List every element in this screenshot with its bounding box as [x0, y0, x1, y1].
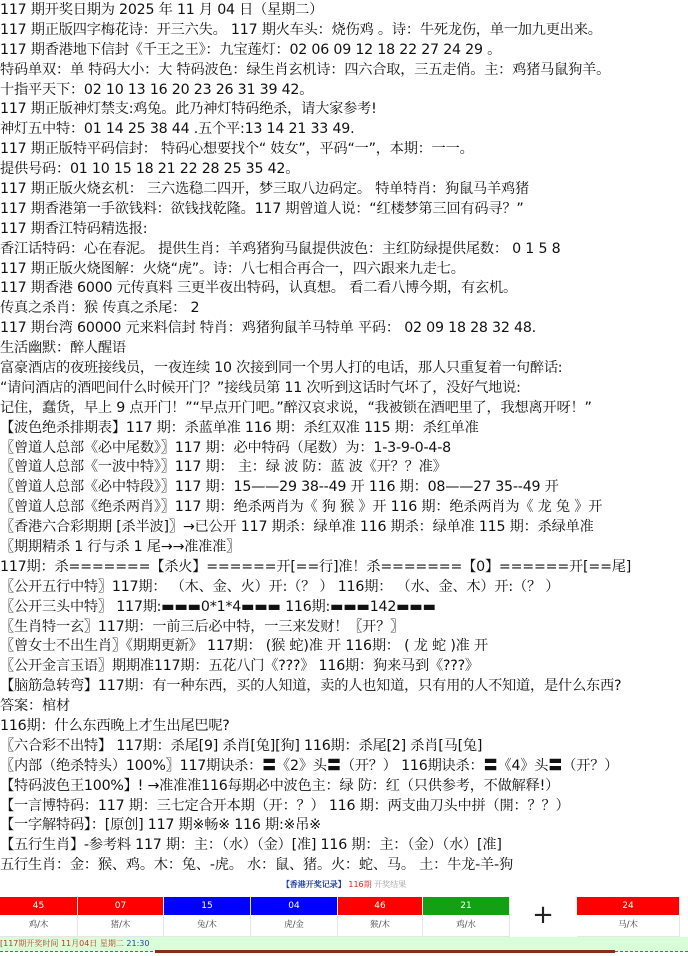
five-elements-line: 〖公开五行中特〗117期： （木、金、火）开:（？ ） 116期： （水、金、木… [0, 578, 559, 598]
riddle-116-line: 116期：什么东西晚上才生出尾巴呢? [0, 717, 230, 737]
special-segment-line: 〖曾道人总部《必中特段》〗117 期：15——29 38--49 开 116 期… [0, 478, 559, 498]
ten-fingers-line: 十指平天下：02 10 13 16 20 23 26 31 39 42。 [0, 81, 313, 101]
first-hand-line: 117 期香港第一手欲钱料：欲钱找乾隆。117 期曾道人说：“红楼梦第三回有码寻… [0, 200, 523, 220]
five-element-zodiac-line: 【五行生肖】-参考料 117 期：主：（水）（金）[准] 116 期：主：（金）… [0, 836, 502, 856]
ball-number: 45 [0, 897, 77, 915]
ball-special: 24 马/木 [577, 897, 680, 937]
ball-zodiac: 虎/金 [251, 915, 337, 937]
one-word-line: 【一言博特码：117 期：三七定合开本期（开：？） 116 期：两支曲刀头中拼（… [0, 797, 569, 817]
ball-4: 04 虎/金 [251, 897, 338, 937]
ball-1: 45 鸡/木 [0, 897, 78, 937]
ball-zodiac: 鸡/木 [0, 915, 77, 937]
results-period: 116期 [348, 880, 371, 889]
ball-number: 21 [423, 897, 509, 915]
three-heads-line: 〖公开三头中特〗 117期:▬▬▬0*1*4▬▬▬ 116期:▬▬▬142▬▬▬ [0, 598, 436, 618]
next-draw-text: [117期开奖时间 11月04日 星期二 21:30 [0, 937, 149, 951]
results-suffix: 开奖结果 [374, 880, 406, 889]
draw-date-line: 117 期开奖日期为 2025 年 11 月 04 日（星期二） [0, 1, 323, 21]
ball-zodiac: 猴/木 [338, 915, 422, 937]
fire-diagram-line: 117 期正版火烧图解：火烧“虎”。诗：八七相合再合一，四六跟来九走七。 [0, 260, 465, 280]
lamp-ban-line: 117 期正版神灯禁支:鸡兔。此乃神灯特码绝杀，请大家参考! [0, 100, 377, 120]
special-attributes-line: 特码单双：单 特码大小：大 特码波色：绿生肖玄机诗：四六合取，三五走俏。主：鸡猪… [0, 61, 610, 81]
results-title-label[interactable]: 【香港开奖记录】 [282, 880, 346, 889]
ball-number: 24 [577, 897, 679, 915]
result-balls: 45 鸡/木 07 猪/木 15 兔/木 04 虎/金 46 猴/木 21 鸡/… [0, 897, 688, 937]
fax-6000-line: 117 期香港 6000 元传真料 三更半夜出特码，认真想。 看二看八博今期，有… [0, 279, 517, 299]
ball-6: 21 鸡/水 [423, 897, 510, 937]
flat-code-envelope-line: 117 期正版特平码信封： 特码心想要找个“ 妓女”，平码“一”，本期：一一。 [0, 140, 474, 160]
taiwan-60000-line: 117 期台湾 60000 元来料信封 特肖：鸡猪狗鼠羊马特单 平码： 02 0… [0, 319, 536, 339]
hk-envelope-line: 117 期香港地下信封《千王之王》：九宝莲灯：02 06 09 12 18 22… [0, 41, 501, 61]
ball-zodiac: 猪/木 [78, 915, 163, 937]
zodiac-mystery-line: 〖生肖特一玄〗117期：一前三后必中特，一三来发财！〖开？〗 [0, 618, 404, 638]
golden-words-line: 〖公开金言玉语〗期期准117期：五花八门《???》 116期：狗来马到《???》 [0, 657, 479, 677]
ball-number: 46 [338, 897, 422, 915]
kill-two-zodiac-line: 〖曾道人总部《绝杀两肖》〗117 期：绝杀两肖为《 狗 猴 》开 116 期：绝… [0, 498, 602, 518]
xiangjiang-detail-line: 香江话特码：心在春泥。 提供生肖：羊鸡猪狗马鼠提供波色：主红防绿提供尾数： 0 … [0, 240, 560, 260]
tail-numbers-line: 〖曾道人总部《必中尾数》〗117 期：必中特码（尾数）为：1-3-9-0-4-8 [0, 439, 451, 459]
ball-zodiac: 兔/木 [164, 915, 250, 937]
lamp-five-line: 神灯五中特：01 14 25 38 44 .五个平:13 14 21 33 49… [0, 120, 354, 140]
plus-icon: + [510, 897, 576, 937]
one-wave-line: 〖曾道人总部《一波中特》〗117 期： 主：绿 波 防：蓝 波《开？？准》 [0, 458, 447, 478]
one-char-line: 【一字解特码】：[原创] 117 期※畅※ 116 期:※吊※ [0, 816, 321, 836]
no-special-line: 〖六合彩不出特】 117期：杀尾[9] 杀肖[兔][狗] 116期：杀尾[2] … [0, 737, 482, 757]
kill-element-tail-header: 〖期期精杀 1 行与杀 1 尾→→准准准〗 [0, 538, 240, 558]
next-draw-time: 21:30 [126, 939, 149, 948]
half-wave-kill-line: 〖香港六合彩期期 [杀半波]〗→已公开 117 期杀：绿单准 116 期杀：绿单… [0, 518, 594, 538]
wave-color-kill-line: 【波色绝杀排期表】117 期：杀蓝单准 116 期：杀红双准 115 期：杀红单… [0, 419, 479, 439]
provided-numbers-line: 提供号码：01 10 15 18 21 22 28 25 35 42。 [0, 160, 299, 180]
ball-3: 15 兔/木 [164, 897, 251, 937]
results-panel: 【香港开奖记录】 116期 开奖结果 45 鸡/木 07 猪/木 15 兔/木 … [0, 876, 688, 956]
humor-text-line-3: 记住，蠢货，早上 9 点开门！”“早点开门吧。”醉汉哀求说，“我被锁在酒吧里了，… [0, 399, 592, 419]
plum-poem-line: 117 期正版四字梅花诗：开三六失。 117 期火车头：烧伤鸡 。诗：牛死龙伤，… [0, 21, 602, 41]
five-element-detail-line: 五行生肖：金：猴、鸡。木：兔、-虎。 水：鼠、猪。火：蛇、马。 土：牛龙-羊-狗 [0, 856, 513, 876]
ball-zodiac: 鸡/水 [423, 915, 509, 937]
ball-zodiac: 马/木 [577, 915, 679, 937]
riddle-answer-line: 答案：棺材 [0, 697, 70, 717]
humor-title-line: 生活幽默：醉人醒语 [0, 339, 126, 359]
ball-number: 04 [251, 897, 337, 915]
humor-text-line-2: “请问酒店的酒吧间什么时候开门？”接线员第 11 次听到这话时气坏了，没好气地说… [0, 379, 521, 399]
riddle-line: 【脑筋急转弯】117期：有一种东西，买的人知道，卖的人也知道，只有用的人不知道，… [0, 677, 621, 697]
divider [155, 950, 615, 953]
ball-5: 46 猴/木 [338, 897, 423, 937]
wave-king-line: 【特码波色王100%】! →准准准116每期必中波色主：绿 防：红（只供参考，不… [0, 777, 559, 797]
next-draw-date: 11月04日 星期二 [61, 939, 124, 948]
no-zodiac-line: 〖曾女士不出生肖〗《期期更新》 117期： (猴 蛇)准 开 116期： ( 龙… [0, 637, 488, 657]
fax-kill-line: 传真之杀肖：猴 传真之杀尾： 2 [0, 299, 199, 319]
humor-text-line-1: 富豪酒店的夜班接线员，一夜连续 10 次接到同一个男人打的电话，那人只重复着一句… [0, 359, 562, 379]
kill-head-line: 〖内部（绝杀特头）100%〗117期诀杀：〓《2》头〓（开？） 116期诀杀：〓… [0, 757, 618, 777]
kill-element-tail-line: 117期：杀=======【杀火】======开[==行]准！杀=======【… [0, 558, 631, 578]
results-title: 【香港开奖记录】 116期 开奖结果 [0, 878, 688, 892]
ball-number: 07 [78, 897, 163, 915]
ball-number: 15 [164, 897, 250, 915]
xiangjiang-header-line: 117 期香江特码精选报: [0, 220, 147, 240]
ball-2: 07 猪/木 [78, 897, 164, 937]
next-draw-label: [117期开奖时间 [0, 939, 58, 948]
fire-mystery-line: 117 期正版火烧玄机： 三六选稳二四开，梦三取八边码定。 特单特肖：狗鼠马羊鸡… [0, 180, 529, 200]
